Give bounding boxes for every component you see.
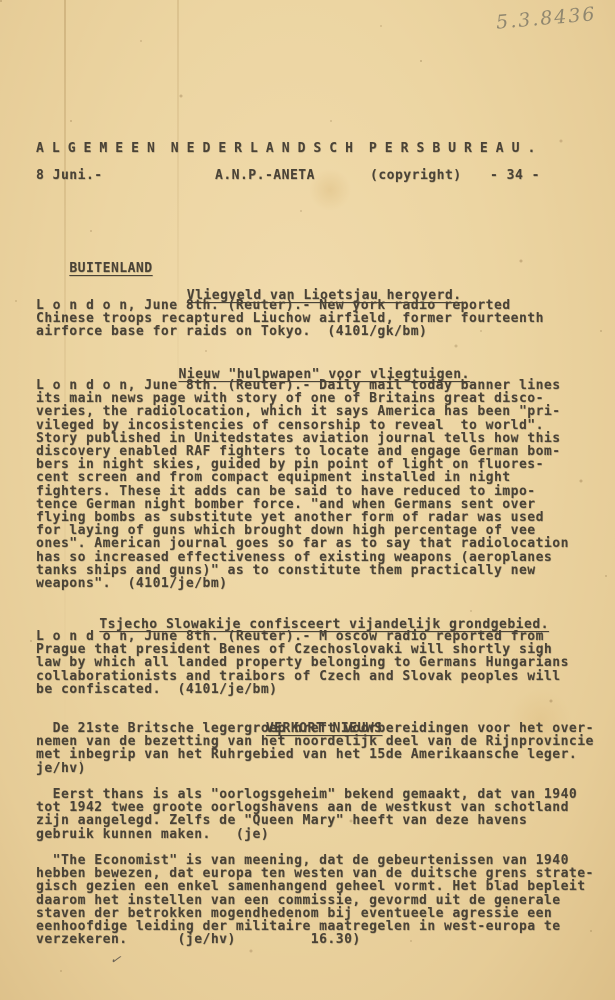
article-3-body: L o n d o n, June 8th. (Reuter).- M osco… <box>36 630 598 696</box>
service-name: A.N.P.-ANETA <box>215 169 315 182</box>
check-mark: ✓ <box>110 953 124 967</box>
short-item-3: "The Economist" is van meening, dat de g… <box>36 854 598 946</box>
short-item-2: Eerst thans is als "oorlogsgeheim" beken… <box>36 788 598 841</box>
foxing-specks <box>0 0 2 2</box>
short-item-1: De 21ste Britsche legergroep hreft voorb… <box>36 722 598 775</box>
issue-number: - 34 - <box>490 169 540 182</box>
masthead-row: 8 Juni.- A.N.P.-ANETA (copyright) - 34 - <box>36 169 605 183</box>
rubric-label: BUITENLAND <box>69 261 152 276</box>
article-2-body: L o n d o n, June 8th. (Reuter).- Daily … <box>36 379 598 590</box>
copyright-note: (copyright) <box>370 169 462 182</box>
document-page: 5.3.8436 A L G E M E E N N E D E R L A N… <box>0 0 615 1000</box>
pencil-annotation: 5.3.8436 <box>496 7 607 30</box>
article-1-body: L o n d o n, June 8th. (Reuter).- New yo… <box>36 299 598 339</box>
agency-title: A L G E M E E N N E D E R L A N D S C H … <box>36 142 535 155</box>
issue-date: 8 Juni.- <box>36 169 103 182</box>
